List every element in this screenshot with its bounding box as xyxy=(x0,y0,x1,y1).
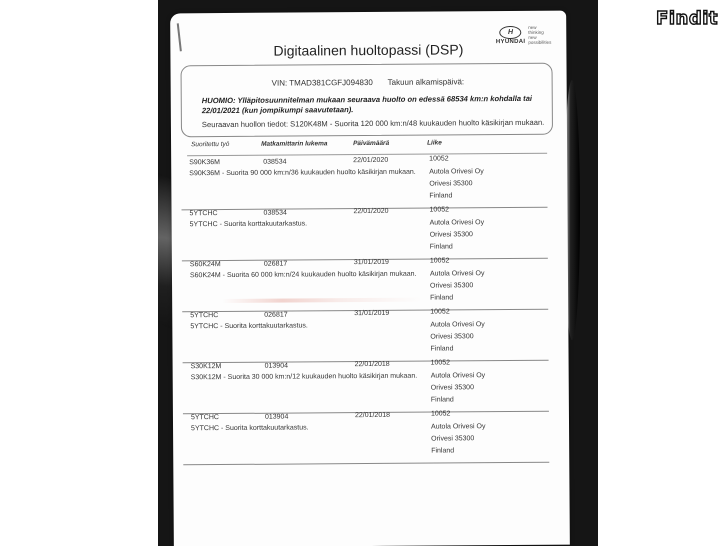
next-service-info: Seuraavan huollon tiedot: S120K48M - Suo… xyxy=(202,118,544,129)
odometer: 038534 xyxy=(263,159,286,166)
document-title: Digitaalinen huoltopassi (DSP) xyxy=(170,41,566,60)
service-record: 5YTCHC 026817 31/01/2019 10052 5YTCHC - … xyxy=(182,310,548,364)
work-code: S30K12M xyxy=(191,363,222,370)
service-record: S90K36M 038534 22/01/2020 10052 S90K36M … xyxy=(181,157,547,211)
vin-number: VIN: TMAD381CGFJ094830 xyxy=(272,78,373,88)
shop-name: Autola Orivesi Oy xyxy=(430,270,485,277)
findit-watermark: Findit xyxy=(656,8,718,29)
ink-smudge xyxy=(222,298,422,303)
header-work: Suoritettu työ xyxy=(191,141,229,148)
service-records: S90K36M 038534 22/01/2020 10052 S90K36M … xyxy=(181,157,549,466)
shop-city: Orivesi 35300 xyxy=(431,384,474,391)
shop-id: 10052 xyxy=(429,155,449,162)
shop-id: 10052 xyxy=(431,359,451,366)
work-code: 5YTCHC xyxy=(191,414,219,421)
odometer: 038534 xyxy=(264,210,287,217)
odometer: 026817 xyxy=(264,261,287,268)
odometer: 013904 xyxy=(265,363,288,370)
work-description: 5YTCHC - Suorita korttakuutarkastus. xyxy=(190,322,308,330)
service-date: 22/01/2018 xyxy=(355,412,390,419)
header-shop: Liike xyxy=(427,139,442,146)
warranty-start-label: Takuun alkamispäivä: xyxy=(388,77,465,87)
work-code: 5YTCHC xyxy=(190,210,218,217)
vin-line: VIN: TMAD381CGFJ094830 Takuun alkamispäi… xyxy=(182,77,552,80)
work-description: S30K12M - Suorita 30 000 km:n/12 kuukaud… xyxy=(191,373,418,382)
service-table-header: Suoritettu työ Matkamittarin lukema Päiv… xyxy=(187,139,547,157)
shop-name: Autola Orivesi Oy xyxy=(431,423,486,430)
shop-name: Autola Orivesi Oy xyxy=(430,219,485,226)
work-description: S60K24M - Suorita 60 000 km:n/24 kuukaud… xyxy=(190,271,417,280)
odometer: 013904 xyxy=(265,414,288,421)
vehicle-info-box: VIN: TMAD381CGFJ094830 Takuun alkamispäi… xyxy=(181,63,553,138)
work-description: S90K36M - Suorita 90 000 km:n/36 kuukaud… xyxy=(189,169,416,178)
shop-id: 10052 xyxy=(431,410,451,417)
shop-city: Orivesi 35300 xyxy=(430,231,473,238)
work-code: S90K36M xyxy=(189,159,220,166)
service-book-page: H HYUNDAI new thinking new possibilities… xyxy=(170,11,570,546)
shop-country: Finland xyxy=(430,243,453,250)
service-date: 31/01/2019 xyxy=(354,259,389,266)
work-code: S60K24M xyxy=(190,261,221,268)
shop-country: Finland xyxy=(430,294,453,301)
service-record: S30K12M 013904 22/01/2018 10052 S30K12M … xyxy=(183,361,549,415)
shop-country: Finland xyxy=(430,345,453,352)
service-date: 22/01/2020 xyxy=(354,208,389,215)
work-description: 5YTCHC - Suorita korttakuutarkastus. xyxy=(191,424,309,432)
shop-city: Orivesi 35300 xyxy=(431,435,474,442)
work-description: 5YTCHC - Suorita korttakuutarkastus. xyxy=(190,220,308,228)
shop-country: Finland xyxy=(431,396,454,403)
shop-city: Orivesi 35300 xyxy=(429,180,472,187)
service-record: 5YTCHC 038534 22/01/2020 10052 5YTCHC - … xyxy=(182,208,548,262)
shop-city: Orivesi 35300 xyxy=(430,282,473,289)
shop-name: Autola Orivesi Oy xyxy=(431,372,486,379)
service-record: S60K24M 026817 31/01/2019 10052 S60K24M … xyxy=(182,259,548,313)
header-date: Päivämäärä xyxy=(353,140,389,147)
odometer: 026817 xyxy=(264,312,287,319)
shop-name: Autola Orivesi Oy xyxy=(429,168,484,175)
service-date: 22/01/2020 xyxy=(353,157,388,164)
header-odometer: Matkamittarin lukema xyxy=(261,140,328,147)
maintenance-notice: HUOMIO: Ylläpitosuunnitelman mukaan seur… xyxy=(202,94,546,116)
service-date: 22/01/2018 xyxy=(355,361,390,368)
shop-country: Finland xyxy=(429,192,452,199)
shop-name: Autola Orivesi Oy xyxy=(430,321,485,328)
service-date: 31/01/2019 xyxy=(354,310,389,317)
shop-id: 10052 xyxy=(429,206,449,213)
shop-country: Finland xyxy=(431,447,454,454)
shop-id: 10052 xyxy=(430,257,450,264)
shop-city: Orivesi 35300 xyxy=(430,333,473,340)
shop-id: 10052 xyxy=(430,308,450,315)
service-record: 5YTCHC 013904 22/01/2018 10052 5YTCHC - … xyxy=(183,412,549,466)
work-code: 5YTCHC xyxy=(190,312,218,319)
